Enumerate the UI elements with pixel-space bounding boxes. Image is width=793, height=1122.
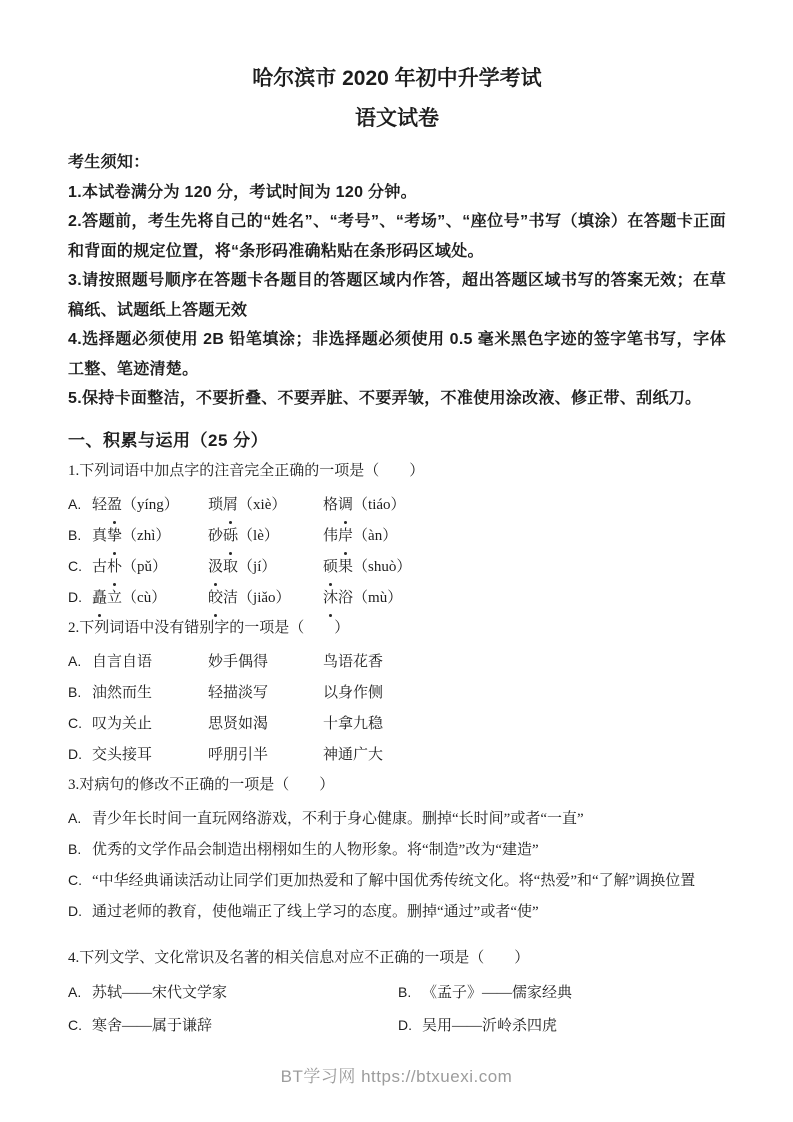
option-cell: 交头接耳 bbox=[92, 740, 208, 770]
option-label: B. bbox=[68, 834, 92, 864]
pinyin: （lè） bbox=[238, 528, 279, 544]
option-label: A. bbox=[68, 803, 92, 833]
exam-paper-page: { "header": { "title": "哈尔滨市 2020 年初中升学考… bbox=[0, 0, 793, 1122]
option-cell: 神通广大 bbox=[323, 740, 383, 770]
option-cell: 矗立（cù） bbox=[92, 583, 208, 613]
page-body: 哈尔滨市 2020 年初中升学考试 语文试卷 考生须知： 1.本试卷满分为 12… bbox=[0, 0, 793, 1042]
option-label: D. bbox=[398, 1009, 422, 1041]
option-cell: 以身作侧 bbox=[323, 678, 383, 708]
pinyin: （pǔ） bbox=[122, 559, 167, 575]
option-row: D.交头接耳呼朋引半神通广大 bbox=[68, 739, 726, 770]
option-cell: C.寒舍——属于谦辞 bbox=[68, 1009, 398, 1042]
option-label: B. bbox=[68, 520, 92, 550]
footer-text: BT学习网 https://btxuexi.com bbox=[281, 1067, 513, 1086]
option-cell: 呼朋引半 bbox=[208, 740, 323, 770]
option-row: D.通过老师的教育，使他端正了线上学习的态度。删掉“通过”或者“使” bbox=[68, 896, 726, 927]
option-cell: D.吴用——沂岭杀四虎 bbox=[398, 1009, 557, 1042]
option-word: 矗立 bbox=[92, 590, 122, 606]
option-word: 硕果 bbox=[323, 559, 353, 575]
option-cell: 硕果（shuò） bbox=[323, 552, 411, 582]
option-cell: 真挚（zhì） bbox=[92, 521, 208, 551]
option-word: 沐浴 bbox=[323, 590, 353, 606]
option-cell: 妙手偶得 bbox=[208, 647, 323, 677]
option-row: C.叹为关止思贤如渴十拿九稳 bbox=[68, 708, 726, 739]
option-row: A.苏轼——宋代文学家B.《孟子》——儒家经典 bbox=[68, 976, 726, 1009]
option-row: B.真挚（zhì）砂砾（lè）伟岸（àn） bbox=[68, 520, 726, 551]
option-word: 琐屑 bbox=[208, 497, 238, 513]
option-cell: 古朴（pǔ） bbox=[92, 552, 208, 582]
question-stem: 2.下列词语中没有错别字的一项是（ ） bbox=[68, 613, 726, 643]
option-text: 《孟子》——儒家经典 bbox=[422, 985, 572, 1001]
option-cell: 十拿九稳 bbox=[323, 709, 383, 739]
option-cell: 轻盈（yíng） bbox=[92, 490, 208, 520]
notice-item: 5.保持卡面整洁，不要折叠、不要弄脏、不要弄皱，不准使用涂改液、修正带、刮纸刀。 bbox=[68, 384, 726, 414]
option-label: A. bbox=[68, 489, 92, 519]
notice: 考生须知： 1.本试卷满分为 120 分，考试时间为 120 分钟。 2.答题前… bbox=[68, 148, 726, 414]
option-text: 优秀的文学作品会制造出栩栩如生的人物形象。将“制造”改为“建造” bbox=[92, 842, 539, 858]
option-cell: A.苏轼——宋代文学家 bbox=[68, 976, 398, 1009]
option-word: 古朴 bbox=[92, 559, 122, 575]
option-cell: 轻描淡写 bbox=[208, 678, 323, 708]
option-text: 吴用——沂岭杀四虎 bbox=[422, 1018, 557, 1034]
option-word: 轻盈 bbox=[92, 497, 122, 513]
option-label: C. bbox=[68, 865, 92, 895]
question-4: 4.下列文学、文化常识及名著的相关信息对应不正确的一项是（ ）A.苏轼——宋代文… bbox=[68, 943, 726, 1042]
option-word: 皎洁 bbox=[208, 590, 238, 606]
question-2: 2.下列词语中没有错别字的一项是（ ）A.自言自语妙手偶得鸟语花香B.油然而生轻… bbox=[68, 613, 726, 770]
notice-item: 3.请按照题号顺序在答题卡各题目的答题区域内作答，超出答题区域书写的答案无效；在… bbox=[68, 266, 726, 325]
option-cell: 格调（tiáo） bbox=[323, 490, 406, 520]
option-row: A.青少年长时间一直玩网络游戏，不利于身心健康。删掉“长时间”或者“一直” bbox=[68, 803, 726, 834]
option-cell: 砂砾（lè） bbox=[208, 521, 323, 551]
option-word: 砂砾 bbox=[208, 528, 238, 544]
option-text: 寒舍——属于谦辞 bbox=[92, 1018, 212, 1034]
option-row: C.“中华经典诵读活动让同学们更加热爱和了解中国优秀传统文化。将“热爱”和“了解… bbox=[68, 865, 726, 896]
option-label: D. bbox=[68, 582, 92, 612]
question-1: 1.下列词语中加点字的注音完全正确的一项是（ ）A.轻盈（yíng）琐屑（xiè… bbox=[68, 456, 726, 613]
option-row: A.自言自语妙手偶得鸟语花香 bbox=[68, 646, 726, 677]
pinyin: （jiǎo） bbox=[238, 590, 291, 606]
option-cell: 油然而生 bbox=[92, 678, 208, 708]
option-cell: 琐屑（xiè） bbox=[208, 490, 323, 520]
pinyin: （àn） bbox=[353, 528, 397, 544]
questions-container: 1.下列词语中加点字的注音完全正确的一项是（ ）A.轻盈（yíng）琐屑（xiè… bbox=[68, 456, 726, 1042]
option-label: D. bbox=[68, 739, 92, 769]
option-word: 伟岸 bbox=[323, 528, 353, 544]
option-row: A.轻盈（yíng）琐屑（xiè）格调（tiáo） bbox=[68, 489, 726, 520]
pinyin: （xiè） bbox=[238, 497, 286, 513]
pinyin: （mù） bbox=[353, 590, 402, 606]
option-word: 格调 bbox=[323, 497, 353, 513]
option-cell: 沐浴（mù） bbox=[323, 583, 402, 613]
pinyin: （yíng） bbox=[122, 497, 179, 513]
notice-heading: 考生须知： bbox=[68, 148, 726, 178]
option-row: B.油然而生轻描淡写以身作侧 bbox=[68, 677, 726, 708]
option-label: B. bbox=[398, 976, 422, 1008]
question-stem: 3.对病句的修改不正确的一项是（ ） bbox=[68, 770, 726, 800]
option-label: A. bbox=[68, 646, 92, 676]
option-text: 苏轼——宋代文学家 bbox=[92, 985, 227, 1001]
option-row: D.矗立（cù）皎洁（jiǎo）沐浴（mù） bbox=[68, 582, 726, 613]
option-cell: 汲取（jí） bbox=[208, 552, 323, 582]
notice-item: 1.本试卷满分为 120 分，考试时间为 120 分钟。 bbox=[68, 178, 726, 208]
pinyin: （tiáo） bbox=[353, 497, 406, 513]
option-label: B. bbox=[68, 677, 92, 707]
option-label: D. bbox=[68, 896, 92, 926]
option-cell: 皎洁（jiǎo） bbox=[208, 583, 323, 613]
option-row: C.寒舍——属于谦辞D.吴用——沂岭杀四虎 bbox=[68, 1009, 726, 1042]
option-cell: 叹为关止 bbox=[92, 709, 208, 739]
pinyin: （jí） bbox=[238, 559, 276, 575]
notice-item: 4.选择题必须使用 2B 铅笔填涂；非选择题必须使用 0.5 毫米黑色字迹的签字… bbox=[68, 325, 726, 384]
section-heading: 一、积累与运用（25 分） bbox=[68, 426, 726, 456]
option-cell: 思贤如渴 bbox=[208, 709, 323, 739]
pinyin: （shuò） bbox=[353, 559, 411, 575]
option-word: 汲取 bbox=[208, 559, 238, 575]
option-row: B.优秀的文学作品会制造出栩栩如生的人物形象。将“制造”改为“建造” bbox=[68, 834, 726, 865]
page-footer: BT学习网 https://btxuexi.com bbox=[0, 1062, 793, 1087]
option-cell: 伟岸（àn） bbox=[323, 521, 397, 551]
option-cell: 自言自语 bbox=[92, 647, 208, 677]
question-stem: 1.下列词语中加点字的注音完全正确的一项是（ ） bbox=[68, 456, 726, 486]
option-word: 真挚 bbox=[92, 528, 122, 544]
page-subtitle: 语文试卷 bbox=[68, 106, 726, 132]
page-title: 哈尔滨市 2020 年初中升学考试 bbox=[68, 66, 726, 92]
option-label: A. bbox=[68, 976, 92, 1008]
pinyin: （cù） bbox=[122, 590, 166, 606]
notice-item: 2.答题前，考生先将自己的“姓名”、“考号”、“考场”、“座位号”书写（填涂）在… bbox=[68, 207, 726, 266]
question-stem: 4.下列文学、文化常识及名著的相关信息对应不正确的一项是（ ） bbox=[68, 943, 726, 973]
option-text: “中华经典诵读活动让同学们更加热爱和了解中国优秀传统文化。将“热爱”和“了解”调… bbox=[92, 873, 695, 889]
option-label: C. bbox=[68, 708, 92, 738]
option-row: C.古朴（pǔ）汲取（jí）硕果（shuò） bbox=[68, 551, 726, 582]
option-label: C. bbox=[68, 1009, 92, 1041]
question-3: 3.对病句的修改不正确的一项是（ ）A.青少年长时间一直玩网络游戏，不利于身心健… bbox=[68, 770, 726, 927]
option-text: 通过老师的教育，使他端正了线上学习的态度。删掉“通过”或者“使” bbox=[92, 904, 539, 920]
option-cell: B.《孟子》——儒家经典 bbox=[398, 976, 572, 1009]
option-text: 青少年长时间一直玩网络游戏，不利于身心健康。删掉“长时间”或者“一直” bbox=[92, 811, 584, 827]
option-label: C. bbox=[68, 551, 92, 581]
option-cell: 鸟语花香 bbox=[323, 647, 383, 677]
pinyin: （zhì） bbox=[122, 528, 170, 544]
